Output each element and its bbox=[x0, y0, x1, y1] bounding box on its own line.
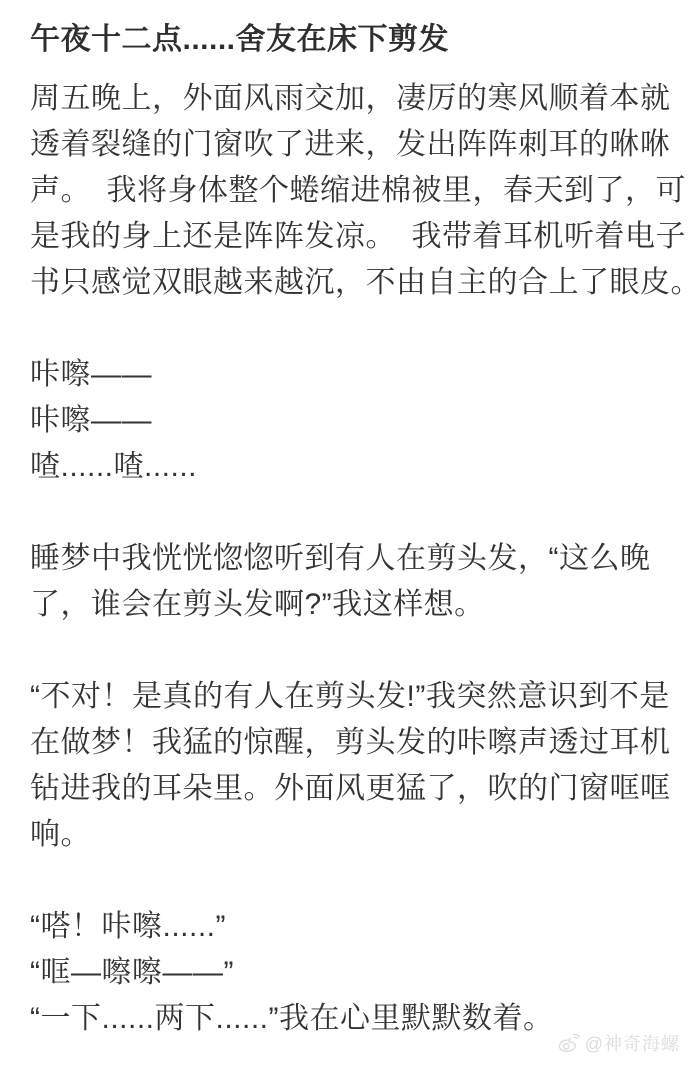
paragraph-3: 睡梦中我恍恍惚惚听到有人在剪头发，“这么晚 了，谁会在剪头发啊?”我这样想。 bbox=[30, 536, 662, 628]
paragraph-2: 咔嚓—— 咔嚓—— 喳......喳...... bbox=[30, 352, 662, 490]
text-line: 是我的身上还是阵阵发凉。 我带着耳机听着电子 bbox=[30, 214, 662, 260]
paragraph-1: 周五晚上，外面风雨交加，凄厉的寒风顺着本就 透着裂缝的门窗吹了进来，发出阵阵刺耳… bbox=[30, 76, 662, 306]
text-line: 响。 bbox=[30, 812, 662, 858]
text-line: 透着裂缝的门窗吹了进来，发出阵阵刺耳的咻咻 bbox=[30, 122, 662, 168]
text-line: 咔嚓—— bbox=[30, 398, 662, 444]
text-line: “不对！是真的有人在剪头发!”我突然意识到不是 bbox=[30, 674, 662, 720]
watermark-handle: @神奇海螺 bbox=[585, 1030, 680, 1056]
weibo-logo-icon bbox=[557, 1033, 581, 1053]
paragraph-4: “不对！是真的有人在剪头发!”我突然意识到不是 在做梦！我猛的惊醒，剪头发的咔嚓… bbox=[30, 674, 662, 858]
text-line: “嗒！咔嚓......” bbox=[30, 904, 662, 950]
story-page: 午夜十二点......舍友在床下剪发 周五晚上，外面风雨交加，凄厉的寒风顺着本就… bbox=[0, 0, 690, 1068]
text-line: 了，谁会在剪头发啊?”我这样想。 bbox=[30, 582, 662, 628]
text-line: 钻进我的耳朵里。外面风更猛了，吹的门窗哐哐 bbox=[30, 766, 662, 812]
text-line: 周五晚上，外面风雨交加，凄厉的寒风顺着本就 bbox=[30, 76, 662, 122]
text-line: 睡梦中我恍恍惚惚听到有人在剪头发，“这么晚 bbox=[30, 536, 662, 582]
paragraph-5: “嗒！咔嚓......” “哐—嚓嚓——” “一下......两下......”… bbox=[30, 904, 662, 1042]
text-line: 咔嚓—— bbox=[30, 352, 662, 398]
text-line: 声。 我将身体整个蜷缩进棉被里，春天到了，可 bbox=[30, 168, 662, 214]
text-line: 喳......喳...... bbox=[30, 444, 662, 490]
text-line: “哐—嚓嚓——” bbox=[30, 950, 662, 996]
text-line: 书只感觉双眼越来越沉，不由自主的合上了眼皮。 bbox=[30, 260, 662, 306]
text-line: 在做梦！我猛的惊醒，剪头发的咔嚓声透过耳机 bbox=[30, 720, 662, 766]
watermark: @神奇海螺 bbox=[557, 1030, 680, 1056]
page-title: 午夜十二点......舍友在床下剪发 bbox=[30, 18, 662, 62]
